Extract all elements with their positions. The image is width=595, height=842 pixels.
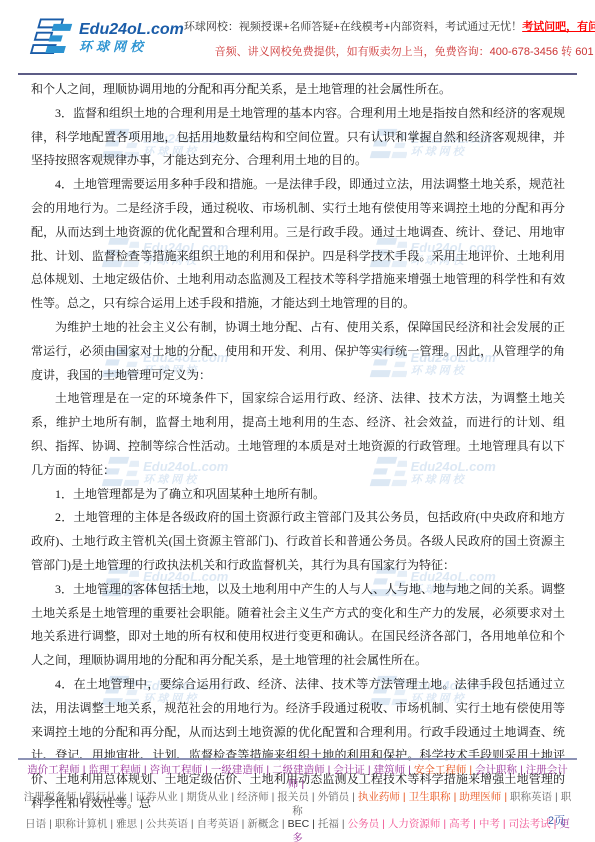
footer-link[interactable]: 人力资源师	[388, 818, 441, 830]
page-number: 2页	[548, 812, 565, 828]
header-text-block: 环球网校：视频授课+名师答疑+在线模考+内部资料，考试通过无忧！考试问吧，有问必…	[184, 18, 595, 59]
paragraph: 3．监督和组织土地的合理利用是土地管理的基本内容。合理利用土地是指按自然和经济的…	[31, 102, 565, 173]
footer-separator: |	[130, 791, 133, 803]
footer-link[interactable]: 安全工程师	[414, 764, 467, 776]
logo-brand-chinese: 环球网校	[79, 40, 184, 55]
footer-link[interactable]: BEC	[288, 818, 310, 830]
paragraph: 2．土地管理的主体是各级政府的国土资源行政主管部门及其公务员，包括政府(中央政府…	[31, 506, 565, 577]
footer-separator: |	[181, 791, 184, 803]
footer-link[interactable]: 造价工程师	[27, 764, 80, 776]
footer-separator: |	[312, 791, 315, 803]
footer-separator: |	[49, 818, 52, 830]
footer-link[interactable]: 职称计算机	[55, 818, 108, 830]
footer-separator: |	[282, 818, 285, 830]
paragraph: 土地管理是在一定的环境条件下，国家综合运用行政、经济、法律、技术方法，为调整土地…	[31, 387, 565, 482]
document-body: 和个人之间，理顺协调用地的分配和再分配关系，是土地管理的社会属性所在。3．监督和…	[31, 78, 565, 816]
footer-link[interactable]: 公务员	[348, 818, 380, 830]
footer-link-row: 造价工程师|监理工程师|咨询工程师|一级建造师|二级建造师|会计证|建筑师|安全…	[22, 764, 573, 791]
paragraph: 4．土地管理需要运用多种手段和措施。一是法律手段，即通过立法，用法调整土地关系，…	[31, 173, 565, 316]
footer-link[interactable]: 银行从业	[85, 791, 127, 803]
footer-link[interactable]: 建筑师	[374, 764, 406, 776]
footer-link-row: 注册税务师|银行从业|证券从业|期货从业|经济师|报关员|外销员|执业药师|卫生…	[22, 791, 573, 818]
footer-link[interactable]: 高考	[449, 818, 470, 830]
edu24ol-logo[interactable]: Edu24oL.com 环球网校	[28, 17, 184, 59]
paragraph: 1．土地管理都是为了确立和巩固某种土地所有制。	[31, 483, 565, 507]
footer-separator: |	[144, 764, 147, 776]
footer-separator: |	[328, 764, 331, 776]
header-tagline: 环球网校：视频授课+名师答疑+在线模考+内部资料，考试通过无忧！考试问吧，有问必…	[184, 18, 595, 34]
footer-separator: |	[312, 818, 315, 830]
document-page: Edu24oL.com环球网校Edu24oL.com环球网校Edu24oL.co…	[0, 0, 595, 842]
tagline-text: 环球网校：视频授课+名师答疑+在线模考+内部资料，考试通过无忧！	[184, 21, 522, 33]
footer-separator: |	[504, 791, 507, 803]
footer-link[interactable]: 一级建造师	[211, 764, 264, 776]
footer-separator: |	[205, 764, 208, 776]
footer-separator: |	[342, 818, 345, 830]
footer-link[interactable]: 托福	[318, 818, 339, 830]
page-header: Edu24oL.com 环球网校 环球网校：视频授课+名师答疑+在线模考+内部资…	[28, 8, 579, 68]
footer-separator: |	[110, 818, 113, 830]
footer-links: 造价工程师|监理工程师|咨询工程师|一级建造师|二级建造师|会计证|建筑师|安全…	[22, 764, 573, 842]
footer-separator: |	[454, 791, 457, 803]
footer-separator: |	[408, 764, 411, 776]
footer-separator: |	[301, 778, 304, 790]
footer-separator: |	[272, 791, 275, 803]
footer-link[interactable]: 司法考试	[509, 818, 551, 830]
paragraph: 为维护土地的社会主义公有制，协调土地分配、占有、使用关系，保障国民经济和社会发展…	[31, 316, 565, 387]
footer-link[interactable]: 自考英语	[197, 818, 239, 830]
footer-separator: |	[503, 818, 506, 830]
footer-link[interactable]: 职称英语	[510, 791, 552, 803]
footer-link[interactable]: 咨询工程师	[150, 764, 203, 776]
footer-link[interactable]: 经济师	[237, 791, 269, 803]
header-divider	[18, 73, 577, 75]
logo-text: Edu24oL.com 环球网校	[79, 21, 184, 54]
footer-link[interactable]: 证券从业	[136, 791, 178, 803]
footer-link[interactable]: 中考	[479, 818, 500, 830]
footer-link[interactable]: 助理医师	[459, 791, 501, 803]
footer-separator: |	[555, 791, 558, 803]
footer-link[interactable]: 二级建造师	[272, 764, 325, 776]
footer-link[interactable]: 报关员	[277, 791, 309, 803]
paragraph: 和个人之间，理顺协调用地的分配和再分配关系，是土地管理的社会属性所在。	[31, 78, 565, 102]
header-notice: 音频、讲义网校免费提供，如有贩卖勿上当，免费咨询：400-678-3456 转 …	[184, 43, 595, 59]
footer-link[interactable]: 外销员	[318, 791, 350, 803]
footer-link[interactable]: 执业药师	[358, 791, 400, 803]
footer-link[interactable]: 会计职称	[475, 764, 517, 776]
footer-separator: |	[473, 818, 476, 830]
footer-separator: |	[231, 791, 234, 803]
footer-separator: |	[83, 764, 86, 776]
footer-separator: |	[469, 764, 472, 776]
footer-separator: |	[443, 818, 446, 830]
footer-link[interactable]: 雅思	[116, 818, 137, 830]
exam-qa-link[interactable]: 考试问吧，有问必答	[522, 21, 595, 33]
footer-link[interactable]: 卫生职称	[409, 791, 451, 803]
footer-link[interactable]: 注册税务师	[24, 791, 77, 803]
footer-divider	[18, 758, 577, 760]
edu24ol-logo-icon	[28, 17, 74, 59]
footer-link[interactable]: 会计证	[333, 764, 365, 776]
footer-separator: |	[191, 818, 194, 830]
footer-link[interactable]: 新概念	[247, 818, 279, 830]
footer-separator: |	[403, 791, 406, 803]
logo-brand-name: Edu24oL.com	[79, 21, 184, 39]
footer-link[interactable]: 监理工程师	[88, 764, 141, 776]
footer-link-row: 日语|职称计算机|雅思|公共英语|自考英语|新概念|BEC|托福|公务员|人力资…	[22, 818, 573, 842]
footer-separator: |	[368, 764, 371, 776]
footer-link[interactable]: 公共英语	[146, 818, 188, 830]
paragraph: 3．土地管理的客体包括土地，以及土地利用中产生的人与人、人与地、地与地之间的关系…	[31, 578, 565, 673]
footer-separator: |	[382, 818, 385, 830]
footer-separator: |	[140, 818, 143, 830]
footer-link[interactable]: 期货从业	[186, 791, 228, 803]
footer-link[interactable]: 日语	[25, 818, 46, 830]
footer-separator: |	[79, 791, 82, 803]
footer-separator: |	[520, 764, 523, 776]
footer-separator: |	[266, 764, 269, 776]
footer-separator: |	[352, 791, 355, 803]
footer-separator: |	[242, 818, 245, 830]
